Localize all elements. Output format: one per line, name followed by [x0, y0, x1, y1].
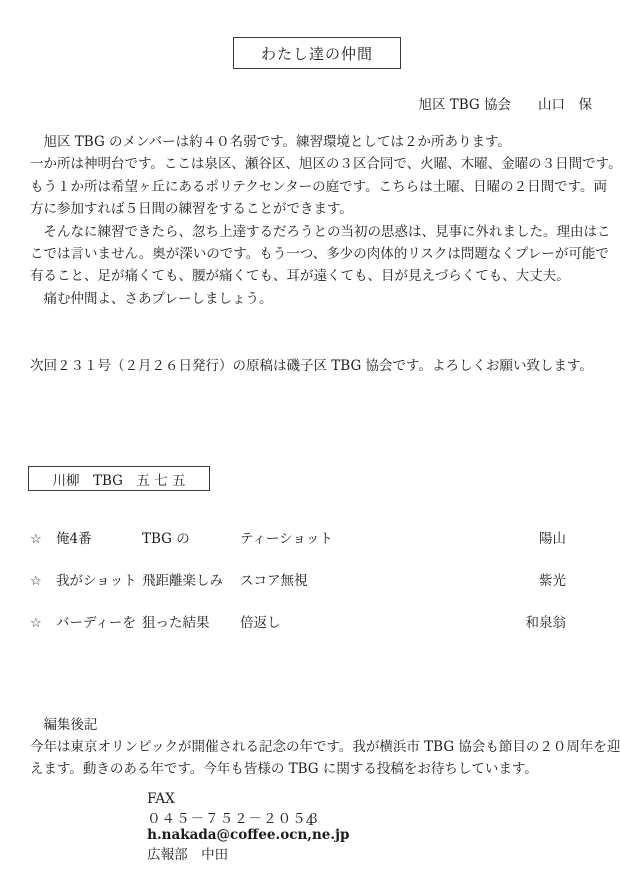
senryu-author: 紫光	[539, 569, 592, 589]
next-issue-notice: 次回２３１号（２月２６日発行）の原稿は磯子区 TBG 協会です。よろしくお願い致…	[30, 354, 596, 374]
body-line: 痛む仲間よ、さあプレーしましょう。	[30, 288, 596, 310]
department-name: 広報部 中田	[147, 847, 228, 863]
contact-email: h.nakada@coffee.ocn,ne.jp	[147, 827, 349, 843]
senryu-phrase: 倍返し	[240, 611, 281, 631]
newsletter-page: わたし達の仲間 旭区 TBG 協会 山口 保 旭区 TBG のメンバーは約４０名…	[0, 0, 620, 877]
postscript-line: 今年は東京オリンピックが開催される記念の年です。我が横浜市 TBG 協会も節目の…	[30, 736, 596, 758]
body-line: 方に参加すれば５日間の練習をすることができます。	[30, 198, 596, 220]
page-number: 4	[0, 814, 620, 829]
body-line: 旭区 TBG のメンバーは約４０名弱です。練習環境としては２か所あります。	[30, 131, 596, 153]
body-line: そんなに練習できたら、忽ち上達するだろうとの当初の思惑は、見事に外れました。理由…	[30, 221, 596, 243]
senryu-phrase: バーディーを	[56, 611, 142, 631]
star-icon: ☆	[30, 574, 56, 589]
senryu-phrase: スコア無視	[240, 569, 308, 589]
article-body: 旭区 TBG のメンバーは約４０名弱です。練習環境としては２か所あります。 一か…	[30, 131, 596, 310]
senryu-item: ☆ 我がショット 飛距離楽しみ スコア無視 紫光	[30, 569, 592, 589]
fax-label: FAX	[147, 791, 175, 807]
article-title-box: わたし達の仲間	[233, 37, 401, 69]
body-line: 一か所は神明台です。ここは泉区、瀬谷区、旭区の３区合同で、火曜、木曜、金曜の３日…	[30, 153, 596, 175]
star-icon: ☆	[30, 616, 56, 631]
body-line: もう１か所は希望ヶ丘にあるポリテクセンターの庭です。こちらは土曜、日曜の２日間で…	[30, 176, 596, 198]
article-title: わたし達の仲間	[261, 43, 373, 64]
senryu-phrase: 狙った結果	[142, 611, 240, 631]
senryu-phrase: ティーショット	[240, 527, 333, 547]
senryu-phrase: 我がショット	[56, 569, 142, 589]
body-line: 有ること、足が痛くても、腰が痛くても、耳が遠くても、目が見えづらくても、大丈夫。	[30, 265, 596, 287]
postscript-heading: 編集後記	[30, 714, 596, 736]
editor-postscript: 編集後記 今年は東京オリンピックが開催される記念の年です。我が横浜市 TBG 協…	[30, 714, 596, 780]
senryu-section-title-box: 川柳 TBG 五 七 五	[28, 466, 210, 491]
senryu-author: 和泉翁	[526, 611, 593, 631]
senryu-author: 陽山	[539, 527, 592, 547]
senryu-phrase: TBG の	[142, 527, 240, 547]
senryu-phrase: 俺4番	[56, 527, 142, 547]
star-icon: ☆	[30, 532, 56, 547]
byline: 旭区 TBG 協会 山口 保	[30, 93, 592, 113]
body-line: こでは言いません。奥が深いのです。もう一つ、多少の肉体的リスクは問題なくプレーが…	[30, 243, 596, 265]
senryu-item: ☆ バーディーを 狙った結果 倍返し 和泉翁	[30, 611, 592, 631]
senryu-phrase: 飛距離楽しみ	[142, 569, 240, 589]
senryu-item: ☆ 俺4番 TBG の ティーショット 陽山	[30, 527, 592, 547]
senryu-section-title: 川柳 TBG 五 七 五	[52, 469, 185, 489]
